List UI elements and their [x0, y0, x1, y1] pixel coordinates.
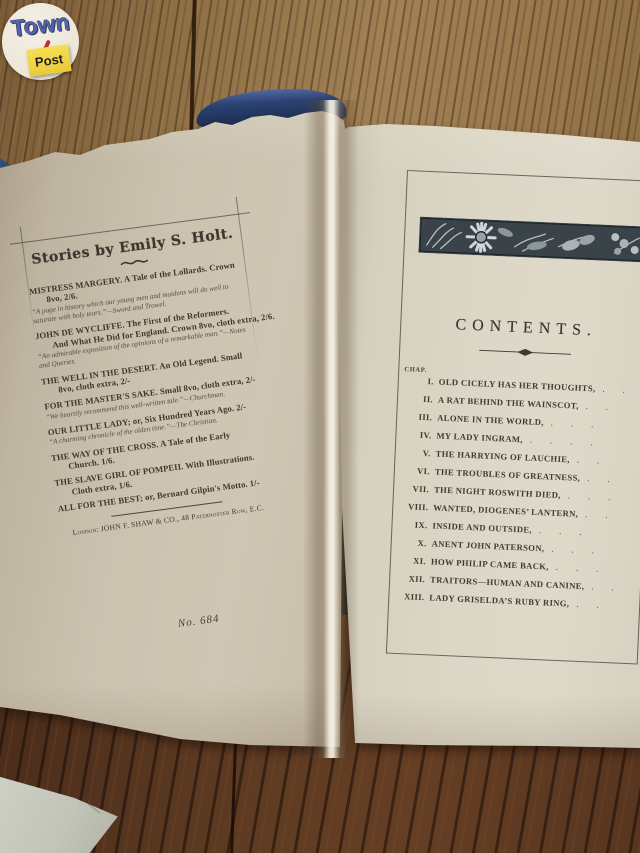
contents-list: I. OLD CICELY HAS HER THOUGHTS, . . II. … — [394, 375, 640, 619]
book-review-quote: “We heartily recommend this well-written… — [45, 384, 264, 422]
book-title-line: THE WAY OF THE CROSS. A Tale of the Earl… — [51, 424, 270, 463]
chapter-numeral: V. — [400, 447, 430, 458]
contents-row: XI. HOW PHILIP CAME BACK, . . . — [395, 555, 637, 583]
book-list-item: THE SLAVE GIRL OF POMPEII. With Illustra… — [54, 450, 275, 499]
leader-dots: . . . — [532, 525, 639, 540]
book-list-item: THE WAY OF THE CROSS. A Tale of the Earl… — [51, 424, 272, 473]
leader-dots: . . . — [549, 562, 637, 576]
leader-dots: . . — [584, 581, 636, 593]
left-page-content: Stories by Emily S. Holt. MISTRESS MARGE… — [16, 222, 284, 540]
chapter-numeral: I. — [404, 375, 434, 386]
imprint-divider-rule — [111, 501, 222, 517]
book-list-item: OUR LITTLE LADY; or, Six Hundred Years A… — [47, 399, 268, 448]
book-title-line2: And What He Did for England. Crown 8vo, … — [36, 313, 255, 352]
contents-row: VIII. WANTED, DIOGENES’ LANTERN, . . — [398, 501, 640, 529]
chapter-title: MY LADY INGRAM, — [436, 431, 523, 445]
book-title-line2: 8vo, cloth extra, 2/- — [42, 358, 261, 397]
chapter-numeral: XII. — [395, 573, 425, 584]
chapter-title: INSIDE AND OUTSIDE, — [432, 520, 532, 534]
book-title-line: ALL FOR THE BEST; or, Bernard Gilpin's M… — [57, 475, 276, 514]
book-list-item: JOHN DE WYCLIFFE. The First of the Refor… — [35, 303, 258, 372]
contents-row: VI. THE TROUBLES OF GREATNESS, . . — [399, 465, 640, 493]
publisher-imprint: London: JOHN F. SHAW & CO., 48 Paternost… — [53, 501, 284, 540]
contents-row: II. A RAT BEHIND THE WAINSCOT, . . — [402, 393, 640, 421]
contents-row: IX. INSIDE AND OUTSIDE, . . . — [397, 519, 639, 547]
book-title-line2: Church. 1/6. — [52, 434, 271, 473]
advert-heading: Stories by Emily S. Holt. — [16, 224, 248, 270]
contents-row: IV. MY LADY INGRAM, . . . . — [401, 429, 640, 457]
chapter-numeral: II. — [403, 393, 433, 404]
leader-dots: . . — [580, 473, 640, 486]
catalog-number: No. 684 — [177, 613, 220, 630]
chapter-title: OLD CICELY HAS HER THOUGHTS, — [439, 377, 596, 394]
contents-row: III. ALONE IN THE WORLD, . . . — [402, 411, 640, 439]
leader-dots: . . — [578, 509, 639, 522]
book-review-quote: “An admirable exposition of the opinions… — [37, 324, 258, 371]
contents-row: V. THE HARRYING OF LAUCHIE, . . — [400, 447, 640, 475]
contents-row: I. OLD CICELY HAS HER THOUGHTS, . . — [403, 375, 640, 403]
watermark-post-text: Post — [26, 44, 71, 77]
chapter-title: THE TROUBLES OF GREATNESS, — [435, 467, 581, 483]
contents-row: XII. TRAITORS—HUMAN AND CANINE, . . — [395, 573, 637, 601]
contents-row: XIII. LADY GRISELDA’S RUBY RING, . . — [394, 591, 636, 619]
chapter-numeral: VI. — [400, 465, 430, 476]
book-gutter-fold — [303, 100, 359, 758]
heading-flourish-ornament — [120, 257, 149, 268]
chapter-numeral: VIII. — [398, 501, 428, 512]
book-title-line2: Cloth extra, 1/6. — [55, 460, 274, 499]
frame-rule-left — [20, 227, 36, 338]
contents-row: X. ANENT JOHN PATERSON, . . . — [396, 537, 638, 565]
leader-dots: . . . . — [523, 434, 640, 449]
book-review-quote: “A charming chronicle of the olden time.… — [49, 410, 268, 448]
book-title-line: OUR LITTLE LADY; or, Six Hundred Years A… — [47, 399, 266, 438]
contents-title: CONTENTS. — [401, 314, 640, 343]
chapter-title: THE NIGHT ROSWITH DIED, — [434, 484, 561, 500]
diamond-rule-divider — [479, 346, 571, 358]
book-title-line2: 8vo, 2/6. — [30, 268, 249, 307]
chapter-column-label: CHAP. — [404, 366, 640, 384]
chapter-title: WANTED, DIOGENES’ LANTERN, — [433, 502, 578, 518]
chapter-numeral: XI. — [396, 555, 426, 566]
right-page: CONTENTS. CHAP. I. OLD CICELY HAS HER TH… — [336, 108, 640, 758]
chapter-title: THE HARRYING OF LAUCHIE, — [435, 449, 570, 465]
leader-dots: . . . — [561, 490, 640, 503]
book-title-line: FOR THE MASTER'S SAKE. Small 8vo, cloth … — [44, 373, 263, 412]
chapter-numeral: XIII. — [394, 591, 424, 602]
book-list: MISTRESS MARGERY. A Tale of the Lollards… — [21, 257, 281, 515]
frame-rule-top — [10, 212, 250, 245]
frame-rule-right — [236, 197, 259, 364]
floral-banner-engraving — [418, 217, 640, 263]
chapter-title: ALONE IN THE WORLD, — [437, 413, 544, 428]
chapter-numeral: III. — [402, 411, 432, 422]
left-page: Stories by Emily S. Holt. MISTRESS MARGE… — [0, 95, 350, 763]
chapter-title: ANENT JOHN PATERSON, — [432, 538, 545, 553]
book-title-line: THE WELL IN THE DESERT. An Old Legend. S… — [40, 348, 259, 387]
chapter-title: TRAITORS—HUMAN AND CANINE, — [430, 574, 585, 591]
leader-dots: . . — [578, 401, 640, 414]
leader-dots: . . — [569, 598, 635, 611]
book-title-line: THE SLAVE GIRL OF POMPEII. With Illustra… — [54, 450, 273, 489]
chapter-numeral: X. — [397, 537, 427, 548]
book-review-quote: “A page in history which our young men a… — [31, 279, 252, 326]
leader-dots: . . . — [544, 543, 638, 557]
book-list-item: THE WELL IN THE DESERT. An Old Legend. S… — [40, 348, 261, 397]
book-list-item: ALL FOR THE BEST; or, Bernard Gilpin's M… — [57, 475, 276, 514]
photo-of-open-book: Stories by Emily S. Holt. MISTRESS MARGE… — [0, 0, 640, 853]
contents-row: VII. THE NIGHT ROSWITH DIED, . . . — [399, 483, 640, 511]
chapter-numeral: IX. — [397, 519, 427, 530]
sticky-note: Post — [26, 44, 71, 77]
book-title-line: MISTRESS MARGERY. A Tale of the Lollards… — [29, 258, 248, 297]
town-post-watermark: Town Post — [2, 3, 79, 80]
book-list-item: FOR THE MASTER'S SAKE. Small 8vo, cloth … — [44, 373, 265, 422]
chapter-title: A RAT BEHIND THE WAINSCOT, — [438, 395, 579, 411]
chapter-title: LADY GRISELDA’S RUBY RING, — [429, 592, 569, 608]
contents-frame: CONTENTS. CHAP. I. OLD CICELY HAS HER TH… — [386, 170, 640, 665]
chapter-numeral: VII. — [399, 483, 429, 494]
leader-dots: . . . — [544, 417, 640, 431]
leader-dots: . . — [595, 383, 640, 395]
chapter-title: HOW PHILIP CAME BACK, — [431, 556, 549, 571]
book-title-line: JOHN DE WYCLIFFE. The First of the Refor… — [35, 303, 254, 342]
leader-dots: . . — [570, 454, 640, 467]
book-list-item: MISTRESS MARGERY. A Tale of the Lollards… — [29, 258, 252, 327]
chapter-numeral: IV. — [401, 429, 431, 440]
